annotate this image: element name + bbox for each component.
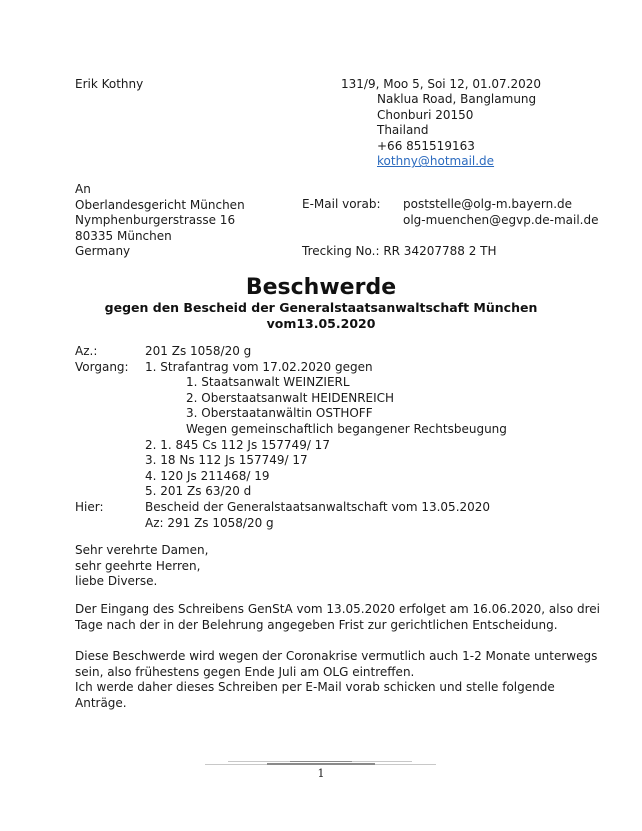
paragraph: Diese Beschwerde wird wegen der Coronakr… <box>75 649 595 711</box>
email-label: E-Mail vorab: <box>302 197 403 213</box>
salutation: Sehr verehrte Damen, sehr geehrte Herren… <box>75 543 208 590</box>
accused-item: 2. Oberstaatsanwalt HEIDENREICH <box>145 391 394 407</box>
salutation-line: Sehr verehrte Damen, <box>75 543 208 559</box>
sender-address-date-line: 131/9, Moo 5, Soi 12, 01.07.2020 <box>341 77 541 93</box>
sender-address: Naklua Road, Banglamung Chonburi 20150 T… <box>377 92 536 170</box>
recipient-email-block: E-Mail vorab: poststelle@olg-m.bayern.de… <box>302 197 599 228</box>
recipient-email: olg-muenchen@egvp.de-mail.de <box>403 213 599 229</box>
az-label: Az.: <box>75 344 145 360</box>
paragraph-line: sein, also frühestens gegen Ende Juli am… <box>75 665 595 681</box>
paragraph-line: Ich werde daher dieses Schreiben per E-M… <box>75 680 595 696</box>
paragraph: Der Eingang des Schreibens GenStA vom 13… <box>75 602 595 633</box>
recipient-email: poststelle@olg-m.bayern.de <box>403 197 572 213</box>
sender-name: Erik Kothny <box>75 77 143 93</box>
document-title: Beschwerde <box>0 276 642 300</box>
footer-divider <box>290 761 352 762</box>
sender-phone: +66 851519163 <box>377 139 536 155</box>
accused-item: 3. Oberstaatanwältin OSTHOFF <box>145 406 373 422</box>
vorgang-item: 4. 120 Js 211468/ 19 <box>145 469 270 485</box>
paragraph-line: Der Eingang des Schreibens GenStA vom 13… <box>75 602 595 618</box>
az-value: 201 Zs 1058/20 g <box>145 344 251 360</box>
document-subtitle: gegen den Bescheid der Generalstaatsanwa… <box>0 300 642 316</box>
tracking-number: Trecking No.: RR 34207788 2 TH <box>302 244 497 260</box>
title-block: Beschwerde gegen den Bescheid der Genera… <box>0 276 642 331</box>
sender-address-line: Thailand <box>377 123 536 139</box>
hier-label: Hier: <box>75 500 145 516</box>
vorgang-item: 1. Strafantrag vom 17.02.2020 gegen <box>145 360 373 376</box>
accusation-text: Wegen gemeinschaftlich begangener Rechts… <box>145 422 507 438</box>
sender-address-line: Naklua Road, Banglamung <box>377 92 536 108</box>
recipient-line: An <box>75 182 245 198</box>
vorgang-item: 5. 201 Zs 63/20 d <box>145 484 251 500</box>
vorgang-item: 3. 18 Ns 112 Js 157749/ 17 <box>145 453 308 469</box>
salutation-line: liebe Diverse. <box>75 574 208 590</box>
sender-address-line: Chonburi 20150 <box>377 108 536 124</box>
paragraph-line: Tage nach der in der Belehrung angegeben… <box>75 618 595 634</box>
recipient-line: Germany <box>75 244 245 260</box>
paragraph-line: Anträge. <box>75 696 595 712</box>
accused-item: 1. Staatsanwalt WEINZIERL <box>145 375 350 391</box>
hier-az: Az: 291 Zs 1058/20 g <box>145 516 274 532</box>
recipient-address: An Oberlandesgericht München Nymphenburg… <box>75 182 245 260</box>
vorgang-label: Vorgang: <box>75 360 145 376</box>
recipient-line: Nymphenburgerstrasse 16 <box>75 213 245 229</box>
reference-block: Az.: 201 Zs 1058/20 g Vorgang: 1. Strafa… <box>75 344 507 531</box>
footer-divider <box>267 763 375 765</box>
salutation-line: sehr geehrte Herren, <box>75 559 208 575</box>
recipient-line: 80335 München <box>75 229 245 245</box>
paragraph-line: Diese Beschwerde wird wegen der Coronakr… <box>75 649 595 665</box>
sender-email-link[interactable]: kothny@hotmail.de <box>377 154 494 168</box>
vorgang-item: 2. 1. 845 Cs 112 Js 157749/ 17 <box>145 438 330 454</box>
page-number: 1 <box>0 767 642 780</box>
document-subtitle-date: vom13.05.2020 <box>0 316 642 332</box>
hier-text: Bescheid der Generalstaatsanwaltschaft v… <box>145 500 490 516</box>
recipient-line: Oberlandesgericht München <box>75 198 245 214</box>
